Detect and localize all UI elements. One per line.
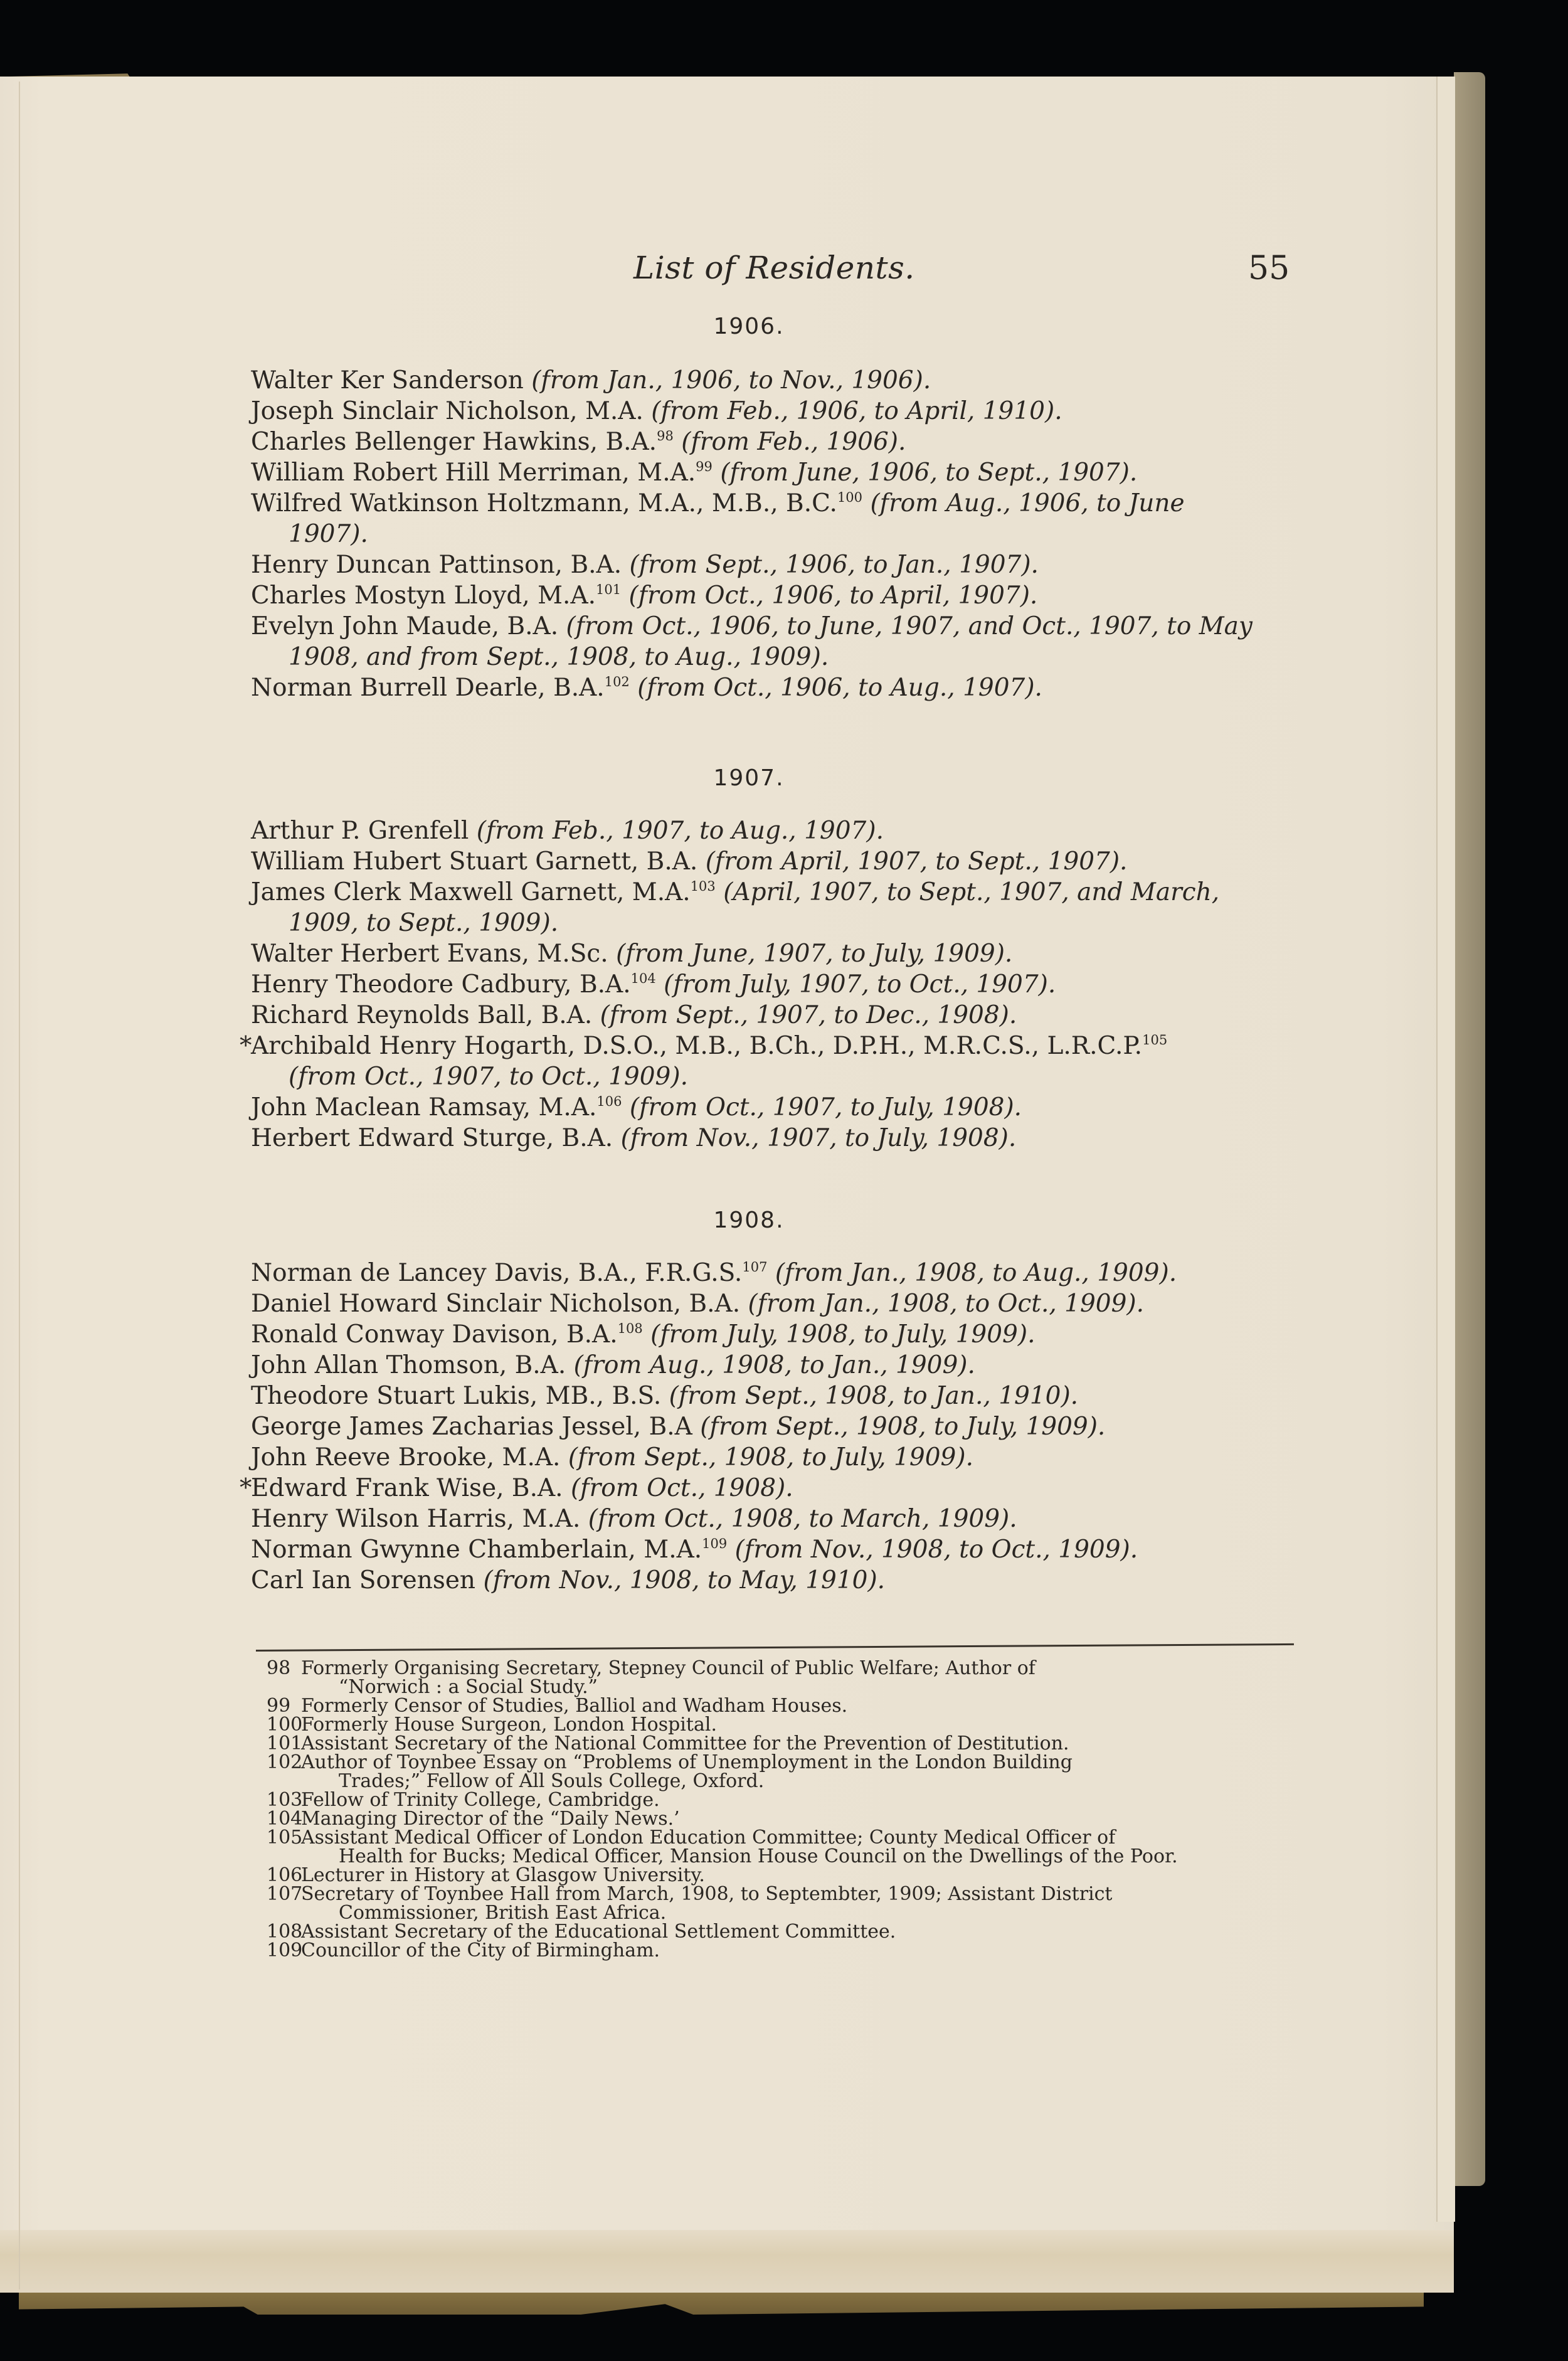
resident-entry: Evelyn John Maude, B.A. (from Oct., 1906… xyxy=(251,611,1305,672)
residence-dates: (April, 1907, to Sept., 1907, and March, xyxy=(723,878,1219,906)
resident-entry: William Robert Hill Merriman, M.A.99 (fr… xyxy=(251,457,1305,488)
residence-dates: (from Nov., 1908, to Oct., 1909). xyxy=(735,1536,1138,1564)
resident-name: Charles Bellenger Hawkins, B.A. xyxy=(251,428,657,456)
residence-dates: (from Oct., 1906, to June, 1907, and Oct… xyxy=(566,612,1253,640)
residence-dates-continued: 1909, to Sept., 1909). xyxy=(251,908,1305,938)
page-fold-line xyxy=(19,82,20,2289)
resident-name: Ronald Conway Davison, B.A. xyxy=(251,1320,618,1349)
resident-name: Walter Herbert Evans, M.Sc. xyxy=(251,940,608,968)
section-year-heading: 1906. xyxy=(0,314,1454,339)
resident-list-1906: Walter Ker Sanderson (from Jan., 1906, t… xyxy=(251,365,1305,703)
resident-name: Archibald Henry Hogarth, D.S.O., M.B., B… xyxy=(251,1032,1142,1060)
residence-dates: (from Oct., 1907, to July, 1908). xyxy=(630,1093,1022,1122)
resident-entry: Henry Theodore Cadbury, B.A.104 (from Ju… xyxy=(251,969,1305,1000)
resident-entry: Walter Herbert Evans, M.Sc. (from June, … xyxy=(251,938,1305,969)
resident-entry: Herbert Edward Sturge, B.A. (from Nov., … xyxy=(251,1123,1305,1154)
residence-dates: (from Oct., 1908, to March, 1909). xyxy=(588,1505,1017,1533)
footnote-text: Author of Toynbee Essay on “Problems of … xyxy=(301,1753,1308,1791)
residence-dates: (from July, 1907, to Oct., 1907). xyxy=(664,970,1056,999)
footnote-text: Assistant Medical Officer of London Educ… xyxy=(301,1828,1308,1866)
resident-entry: Carl Ian Sorensen (from Nov., 1908, to M… xyxy=(251,1565,1305,1596)
footnote: 98Formerly Organising Secretary, Stepney… xyxy=(267,1659,1308,1697)
resident-name: Richard Reynolds Ball, B.A. xyxy=(251,1001,592,1029)
resident-name: John Reeve Brooke, M.A. xyxy=(251,1443,560,1472)
footnote-number: 103 xyxy=(267,1791,301,1810)
footnote-text: Assistant Secretary of the National Comm… xyxy=(301,1734,1308,1753)
resident-entry: John Maclean Ramsay, M.A.106 (from Oct.,… xyxy=(251,1092,1305,1123)
resident-name: Henry Wilson Harris, M.A. xyxy=(251,1505,580,1533)
footnote-number: 104 xyxy=(267,1810,301,1828)
resident-entry: Richard Reynolds Ball, B.A. (from Sept.,… xyxy=(251,1000,1305,1031)
residence-dates-continued: (from Oct., 1907, to Oct., 1909). xyxy=(251,1061,1305,1092)
page-stack-edge xyxy=(1436,77,1455,2222)
footnote: 109Councillor of the City of Birmingham. xyxy=(267,1941,1308,1960)
footnote-ref: 104 xyxy=(631,971,656,986)
resident-name: Arthur P. Grenfell xyxy=(251,817,469,845)
residence-dates: (from Nov., 1907, to July, 1908). xyxy=(621,1124,1017,1152)
residence-dates: (from Oct., 1908). xyxy=(571,1474,793,1502)
resident-entry: Ronald Conway Davison, B.A.108 (from Jul… xyxy=(251,1319,1305,1350)
resident-entry: William Hubert Stuart Garnett, B.A. (fro… xyxy=(251,846,1305,877)
resident-name: Wilfred Watkinson Holtzmann, M.A., M.B.,… xyxy=(251,489,837,517)
footnote-number: 100 xyxy=(267,1716,301,1734)
book-cover-right-edge xyxy=(1454,72,1485,2186)
footnote-number: 99 xyxy=(267,1697,301,1716)
section-year-heading: 1907. xyxy=(0,765,1454,791)
footnote: 104Managing Director of the “Daily News.… xyxy=(267,1810,1308,1828)
footnote: 100Formerly House Surgeon, London Hospit… xyxy=(267,1716,1308,1734)
footnote-ref: 101 xyxy=(596,582,621,597)
footnote-number: 101 xyxy=(267,1734,301,1753)
resident-entry: Walter Ker Sanderson (from Jan., 1906, t… xyxy=(251,365,1305,396)
resident-name: James Clerk Maxwell Garnett, M.A. xyxy=(251,878,691,906)
footnote: 101Assistant Secretary of the National C… xyxy=(267,1734,1308,1753)
footnote-line: Councillor of the City of Birmingham. xyxy=(301,1939,660,1961)
footnote: 102Author of Toynbee Essay on “Problems … xyxy=(267,1753,1308,1791)
resident-entry: George James Zacharias Jessel, B.A (from… xyxy=(251,1411,1305,1442)
resident-name: William Hubert Stuart Garnett, B.A. xyxy=(251,847,697,876)
footnote-text: Secretary of Toynbee Hall from March, 19… xyxy=(301,1885,1308,1923)
resident-entry: Charles Mostyn Lloyd, M.A.101 (from Oct.… xyxy=(251,580,1305,611)
footnote-text: Formerly Censor of Studies, Balliol and … xyxy=(301,1697,1308,1716)
section-year-heading: 1908. xyxy=(0,1207,1454,1233)
residence-dates: (from Feb., 1907, to Aug., 1907). xyxy=(477,817,884,845)
resident-entry: John Allan Thomson, B.A. (from Aug., 190… xyxy=(251,1350,1305,1381)
footnote: 105Assistant Medical Officer of London E… xyxy=(267,1828,1308,1866)
residence-dates: (from Sept., 1908, to Jan., 1910). xyxy=(669,1382,1078,1410)
footnote-continued: Health for Bucks; Medical Officer, Mansi… xyxy=(301,1847,1308,1866)
deceased-marker: * xyxy=(240,1473,252,1504)
residence-dates: (from June, 1906, to Sept., 1907). xyxy=(720,459,1137,487)
resident-entry: Norman Burrell Dearle, B.A.102 (from Oct… xyxy=(251,672,1305,703)
footnote-text: Managing Director of the “Daily News.’ xyxy=(301,1810,1308,1828)
footnote: 106Lecturer in History at Glasgow Univer… xyxy=(267,1866,1308,1885)
residence-dates: (from Aug., 1908, to Jan., 1909). xyxy=(574,1351,975,1379)
resident-name: William Robert Hill Merriman, M.A. xyxy=(251,459,696,487)
resident-entry: Henry Wilson Harris, M.A. (from Oct., 19… xyxy=(251,1504,1305,1534)
footnote: 107Secretary of Toynbee Hall from March,… xyxy=(267,1885,1308,1923)
footnote-ref: 109 xyxy=(702,1536,727,1551)
residence-dates: (from Sept., 1907, to Dec., 1908). xyxy=(600,1001,1017,1029)
resident-entry: Joseph Sinclair Nicholson, M.A. (from Fe… xyxy=(251,396,1305,427)
resident-name: Henry Duncan Pattinson, B.A. xyxy=(251,551,622,579)
footnote-ref: 103 xyxy=(691,879,716,894)
residence-dates: (from Oct., 1906, to April, 1907). xyxy=(629,581,1038,610)
resident-entry: *Edward Frank Wise, B.A. (from Oct., 190… xyxy=(251,1473,1305,1504)
footnote-text: Lecturer in History at Glasgow Universit… xyxy=(301,1866,1308,1885)
resident-name: George James Zacharias Jessel, B.A xyxy=(251,1413,692,1441)
resident-entry: Norman de Lancey Davis, B.A., F.R.G.S.10… xyxy=(251,1258,1305,1288)
resident-entry: Arthur P. Grenfell (from Feb., 1907, to … xyxy=(251,815,1305,846)
resident-entry: Norman Gwynne Chamberlain, M.A.109 (from… xyxy=(251,1534,1305,1565)
deceased-marker: * xyxy=(240,1031,252,1061)
residence-dates: (from June, 1907, to July, 1909). xyxy=(616,940,1012,968)
residence-dates: (from Sept., 1906, to Jan., 1907). xyxy=(630,551,1039,579)
footnote-number: 109 xyxy=(267,1941,301,1960)
page-number: 55 xyxy=(1248,250,1290,287)
residence-dates: (from Aug., 1906, to June xyxy=(870,489,1184,517)
resident-name: Henry Theodore Cadbury, B.A. xyxy=(251,970,631,999)
residence-dates: (from Sept., 1908, to July, 1909). xyxy=(568,1443,973,1472)
footnote-ref: 100 xyxy=(837,490,862,505)
resident-entry: Henry Duncan Pattinson, B.A. (from Sept.… xyxy=(251,549,1305,580)
resident-name: Carl Ian Sorensen xyxy=(251,1566,475,1594)
residence-dates: (from July, 1908, to July, 1909). xyxy=(650,1320,1035,1349)
resident-name: Charles Mostyn Lloyd, M.A. xyxy=(251,581,596,610)
footnote-text: Assistant Secretary of the Educational S… xyxy=(301,1923,1308,1941)
resident-name: Evelyn John Maude, B.A. xyxy=(251,612,558,640)
page-bottom-stain xyxy=(0,2230,1454,2293)
resident-name: Norman Burrell Dearle, B.A. xyxy=(251,674,605,702)
resident-entry: Wilfred Watkinson Holtzmann, M.A., M.B.,… xyxy=(251,488,1305,549)
residence-dates: (from Sept., 1908, to July, 1909). xyxy=(700,1413,1105,1441)
footnote-continued: Commissioner, British East Africa. xyxy=(301,1904,1308,1923)
footnote-text: Fellow of Trinity College, Cambridge. xyxy=(301,1791,1308,1810)
resident-name: Theodore Stuart Lukis, MB., B.S. xyxy=(251,1382,661,1410)
residence-dates: (from Jan., 1908, to Oct., 1909). xyxy=(748,1290,1144,1318)
residence-dates: (from April, 1907, to Sept., 1907). xyxy=(706,847,1128,876)
resident-name: Norman de Lancey Davis, B.A., F.R.G.S. xyxy=(251,1259,742,1287)
footnote-text: Formerly Organising Secretary, Stepney C… xyxy=(301,1659,1308,1697)
resident-entry: *Archibald Henry Hogarth, D.S.O., M.B., … xyxy=(251,1031,1305,1092)
footnote-ref: 98 xyxy=(657,428,674,443)
footnote-text: Councillor of the City of Birmingham. xyxy=(301,1941,1308,1960)
footnote-ref: 106 xyxy=(596,1094,622,1109)
resident-name: Joseph Sinclair Nicholson, M.A. xyxy=(251,397,644,425)
residence-dates-continued: 1907). xyxy=(251,519,1305,549)
resident-name: Herbert Edward Sturge, B.A. xyxy=(251,1124,613,1152)
resident-entry: Daniel Howard Sinclair Nicholson, B.A. (… xyxy=(251,1288,1305,1319)
resident-list-1908: Norman de Lancey Davis, B.A., F.R.G.S.10… xyxy=(251,1258,1305,1596)
footnote-number: 108 xyxy=(267,1923,301,1941)
resident-list-1907: Arthur P. Grenfell (from Feb., 1907, to … xyxy=(251,815,1305,1154)
footnote-ref: 107 xyxy=(742,1260,767,1275)
residence-dates: (from Oct., 1906, to Aug., 1907). xyxy=(637,674,1042,702)
footnote-ref: 108 xyxy=(618,1321,643,1336)
footnote-ref: 105 xyxy=(1142,1032,1167,1048)
footnote: 99Formerly Censor of Studies, Balliol an… xyxy=(267,1697,1308,1716)
resident-name: John Allan Thomson, B.A. xyxy=(251,1351,566,1379)
footnote-ref: 102 xyxy=(605,674,630,689)
resident-entry: James Clerk Maxwell Garnett, M.A.103 (Ap… xyxy=(251,877,1305,938)
footnote-continued: “Norwich : a Social Study.” xyxy=(301,1678,1308,1697)
residence-dates: (from Jan., 1906, to Nov., 1906). xyxy=(531,366,931,395)
residence-dates: (from Feb., 1906). xyxy=(681,428,906,456)
footnote: 103Fellow of Trinity College, Cambridge. xyxy=(267,1791,1308,1810)
footnote-ref: 99 xyxy=(696,459,712,474)
resident-name: Norman Gwynne Chamberlain, M.A. xyxy=(251,1536,702,1564)
footnote-number: 106 xyxy=(267,1866,301,1885)
footnotes: 98Formerly Organising Secretary, Stepney… xyxy=(267,1659,1308,1960)
footnote-number: 105 xyxy=(267,1828,301,1866)
footnote: 108Assistant Secretary of the Educationa… xyxy=(267,1923,1308,1941)
resident-name: Walter Ker Sanderson xyxy=(251,366,524,395)
resident-name: Daniel Howard Sinclair Nicholson, B.A. xyxy=(251,1290,740,1318)
residence-dates: (from Jan., 1908, to Aug., 1909). xyxy=(775,1259,1177,1287)
residence-dates: (from Feb., 1906, to April, 1910). xyxy=(651,397,1062,425)
footnote-text: Formerly House Surgeon, London Hospital. xyxy=(301,1716,1308,1734)
footnote-number: 107 xyxy=(267,1885,301,1923)
footnote-number: 102 xyxy=(267,1753,301,1791)
residence-dates-continued: 1908, and from Sept., 1908, to Aug., 190… xyxy=(251,642,1305,672)
resident-name: Edward Frank Wise, B.A. xyxy=(251,1474,563,1502)
residence-dates: (from Nov., 1908, to May, 1910). xyxy=(483,1566,885,1594)
resident-entry: John Reeve Brooke, M.A. (from Sept., 190… xyxy=(251,1442,1305,1473)
resident-name: John Maclean Ramsay, M.A. xyxy=(251,1093,596,1122)
resident-entry: Theodore Stuart Lukis, MB., B.S. (from S… xyxy=(251,1381,1305,1411)
footnote-continued: Trades;” Fellow of All Souls College, Ox… xyxy=(301,1772,1308,1791)
footnote-number: 98 xyxy=(267,1659,301,1697)
resident-entry: Charles Bellenger Hawkins, B.A.98 (from … xyxy=(251,427,1305,457)
running-head: List of Residents. xyxy=(633,250,915,286)
